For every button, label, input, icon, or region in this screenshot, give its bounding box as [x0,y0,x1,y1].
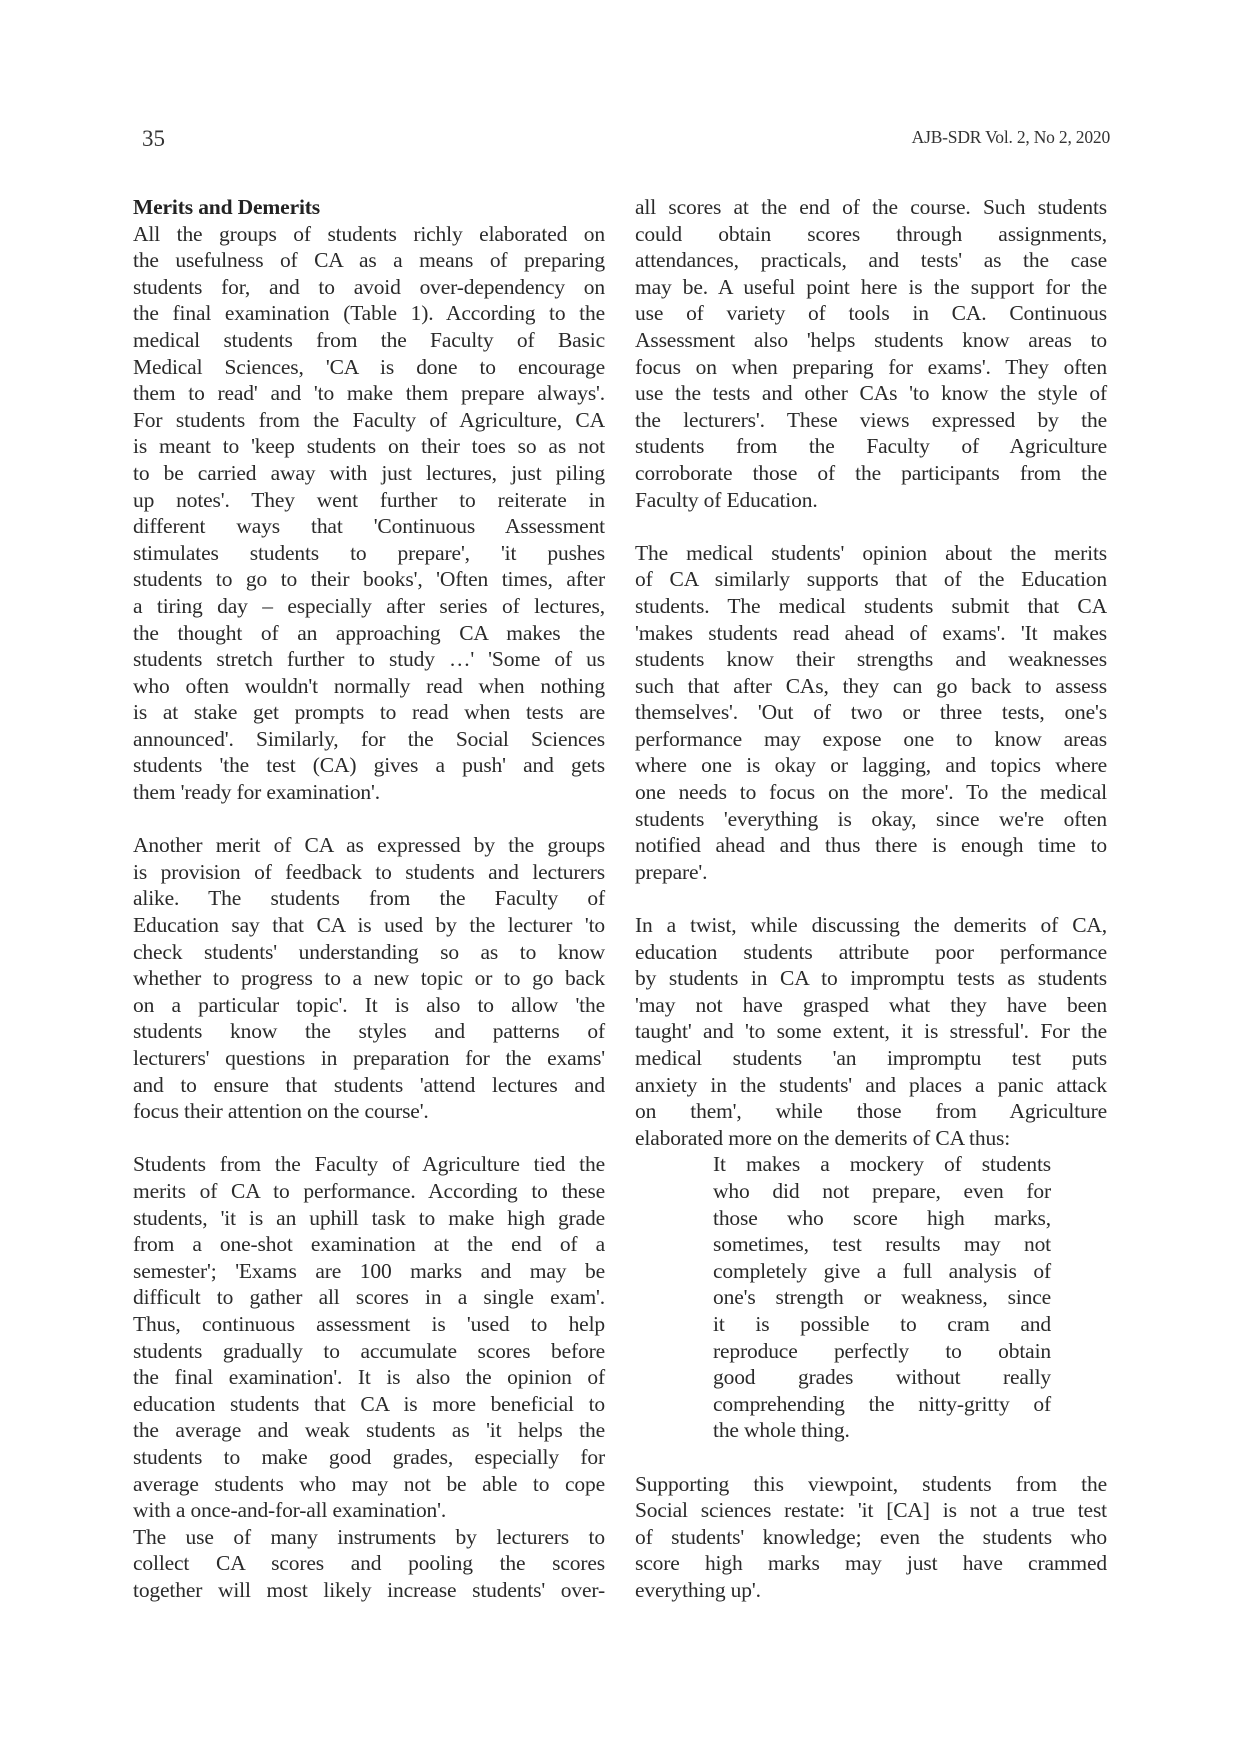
quote-line: the whole thing. [713,1417,1051,1444]
text-line: focus on when preparing for exams'. They… [635,354,1107,381]
text-line: Thus, continuous assessment is 'used to … [133,1311,605,1338]
text-line: elaborated more on the demerits of CA th… [635,1125,1107,1152]
text-line: 'may not have grasped what they have bee… [635,992,1107,1019]
paragraph-merits-intro: All the groups of students richly elabor… [133,221,605,806]
text-line: score high marks may just have crammed [635,1550,1107,1577]
text-line: students for, and to avoid over-dependen… [133,274,605,301]
text-line: use of variety of tools in CA. Continuou… [635,300,1107,327]
text-line: the thought of an approaching CA makes t… [133,620,605,647]
paragraph-gap [133,1125,605,1152]
text-line: prepare'. [635,859,1107,886]
text-line: of students' knowledge; even the student… [635,1524,1107,1551]
text-line: the final examination'. It is also the o… [133,1364,605,1391]
text-line: focus their attention on the course'. [133,1098,605,1125]
text-line: anxiety in the students' and places a pa… [635,1072,1107,1099]
text-line: and to ensure that students 'attend lect… [133,1072,605,1099]
text-line: them 'ready for examination'. [133,779,605,806]
text-line: students. The medical students submit th… [635,593,1107,620]
text-line: by students in CA to impromptu tests as … [635,965,1107,992]
text-line: alike. The students from the Faculty of [133,885,605,912]
text-line: together will most likely increase stude… [133,1577,605,1604]
quote-line: good grades without really [713,1364,1051,1391]
text-line: stimulates students to prepare', 'it pus… [133,540,605,567]
paragraph-social-sciences: Supporting this viewpoint, students from… [635,1471,1107,1604]
quote-line: It makes a mockery of students [713,1151,1051,1178]
quote-line: completely give a full analysis of [713,1258,1051,1285]
text-line: everything up'. [635,1577,1107,1604]
text-line: different ways that 'Continuous Assessme… [133,513,605,540]
text-line: students to go to their books', 'Often t… [133,566,605,593]
text-line: is provision of feedback to students and… [133,859,605,886]
text-line: of CA similarly supports that of the Edu… [635,566,1107,593]
text-line: notified ahead and thus there is enough … [635,832,1107,859]
text-line: performance may expose one to know areas [635,726,1107,753]
journal-running-header: AJB-SDR Vol. 2, No 2, 2020 [912,127,1110,148]
text-line: Supporting this viewpoint, students from… [635,1471,1107,1498]
text-line: to be carried away with just lectures, j… [133,460,605,487]
text-line: the lecturers'. These views expressed by… [635,407,1107,434]
text-line: lecturers' questions in preparation for … [133,1045,605,1072]
text-line: such that after CAs, they can go back to… [635,673,1107,700]
text-line: the final examination (Table 1). Accordi… [133,300,605,327]
quote-line: sometimes, test results may not [713,1231,1051,1258]
text-line: whether to progress to a new topic or to… [133,965,605,992]
text-line: students 'everything is okay, since we'r… [635,806,1107,833]
text-line: corroborate those of the participants fr… [635,460,1107,487]
text-line: semester'; 'Exams are 100 marks and may … [133,1258,605,1285]
text-line: the usefulness of CA as a means of prepa… [133,247,605,274]
text-line: education students attribute poor perfor… [635,939,1107,966]
text-line: Another merit of CA as expressed by the … [133,832,605,859]
quote-line: it is possible to cram and [713,1311,1051,1338]
paragraph-medical-opinion: The medical students' opinion about the … [635,540,1107,886]
text-line: The use of many instruments by lecturers… [133,1524,605,1551]
section-heading: Merits and Demerits [133,194,605,221]
text-line: students, 'it is an uphill task to make … [133,1205,605,1232]
text-line: students from the Faculty of Agriculture [635,433,1107,460]
text-line: students stretch further to study …' 'So… [133,646,605,673]
text-line: students to make good grades, especially… [133,1444,605,1471]
text-line: all scores at the end of the course. Suc… [635,194,1107,221]
text-line: Social sciences restate: 'it [CA] is not… [635,1497,1107,1524]
quote-line: those who score high marks, [713,1205,1051,1232]
quote-line: reproduce perfectly to obtain [713,1338,1051,1365]
text-line: Assessment also 'helps students know are… [635,327,1107,354]
right-column: all scores at the end of the course. Suc… [635,194,1107,1603]
block-quote: It makes a mockery of students who did n… [713,1151,1051,1444]
text-line: them to read' and 'to make them prepare … [133,380,605,407]
text-line: up notes'. They went further to reiterat… [133,487,605,514]
text-line: on a particular topic'. It is also to al… [133,992,605,1019]
text-line: education students that CA is more benef… [133,1391,605,1418]
text-line: For students from the Faculty of Agricul… [133,407,605,434]
text-line: one needs to focus on the more'. To the … [635,779,1107,806]
paragraph-instruments: The use of many instruments by lecturers… [133,1524,605,1604]
text-line: collect CA scores and pooling the scores [133,1550,605,1577]
text-line: who often wouldn't normally read when no… [133,673,605,700]
text-line: taught' and 'to some extent, it is stres… [635,1018,1107,1045]
text-line: use the tests and other CAs 'to know the… [635,380,1107,407]
paragraph-gap [635,513,1107,540]
text-line: with a once-and-for-all examination'. [133,1497,605,1524]
paragraph-continuation: all scores at the end of the course. Suc… [635,194,1107,513]
paragraph-gap [635,1444,1107,1471]
text-line: All the groups of students richly elabor… [133,221,605,248]
text-line: where one is okay or lagging, and topics… [635,752,1107,779]
text-line: medical students 'an impromptu test puts [635,1045,1107,1072]
text-line: average students who may not be able to … [133,1471,605,1498]
text-line: Faculty of Education. [635,487,1107,514]
document-page: 35 AJB-SDR Vol. 2, No 2, 2020 Merits and… [0,0,1241,1754]
text-line: themselves'. 'Out of two or three tests,… [635,699,1107,726]
text-line: medical students from the Faculty of Bas… [133,327,605,354]
text-line: 'makes students read ahead of exams'. 'I… [635,620,1107,647]
text-line: The medical students' opinion about the … [635,540,1107,567]
paragraph-gap [133,806,605,833]
paragraph-performance: Students from the Faculty of Agriculture… [133,1151,605,1523]
paragraph-feedback: Another merit of CA as expressed by the … [133,832,605,1125]
text-line: announced'. Similarly, for the Social Sc… [133,726,605,753]
text-line: on them', while those from Agriculture [635,1098,1107,1125]
text-line: could obtain scores through assignments, [635,221,1107,248]
text-line: In a twist, while discussing the demerit… [635,912,1107,939]
quote-line: who did not prepare, even for [713,1178,1051,1205]
text-line: check students' understanding so as to k… [133,939,605,966]
text-line: Education say that CA is used by the lec… [133,912,605,939]
text-line: attendances, practicals, and tests' as t… [635,247,1107,274]
text-line: the average and weak students as 'it hel… [133,1417,605,1444]
text-line: difficult to gather all scores in a sing… [133,1284,605,1311]
text-line: students gradually to accumulate scores … [133,1338,605,1365]
quote-line: one's strength or weakness, since [713,1284,1051,1311]
text-line: Students from the Faculty of Agriculture… [133,1151,605,1178]
text-line: students know the styles and patterns of [133,1018,605,1045]
paragraph-demerits: In a twist, while discussing the demerit… [635,912,1107,1151]
paragraph-gap [635,885,1107,912]
text-line: may be. A useful point here is the suppo… [635,274,1107,301]
left-column: Merits and Demerits All the groups of st… [133,194,605,1603]
page-number: 35 [142,126,165,152]
text-line: students 'the test (CA) gives a push' an… [133,752,605,779]
text-line: from a one-shot examination at the end o… [133,1231,605,1258]
text-line: is at stake get prompts to read when tes… [133,699,605,726]
text-line: Medical Sciences, 'CA is done to encoura… [133,354,605,381]
text-line: merits of CA to performance. According t… [133,1178,605,1205]
text-line: a tiring day – especially after series o… [133,593,605,620]
text-line: is meant to 'keep students on their toes… [133,433,605,460]
quote-line: comprehending the nitty-gritty of [713,1391,1051,1418]
text-line: students know their strengths and weakne… [635,646,1107,673]
